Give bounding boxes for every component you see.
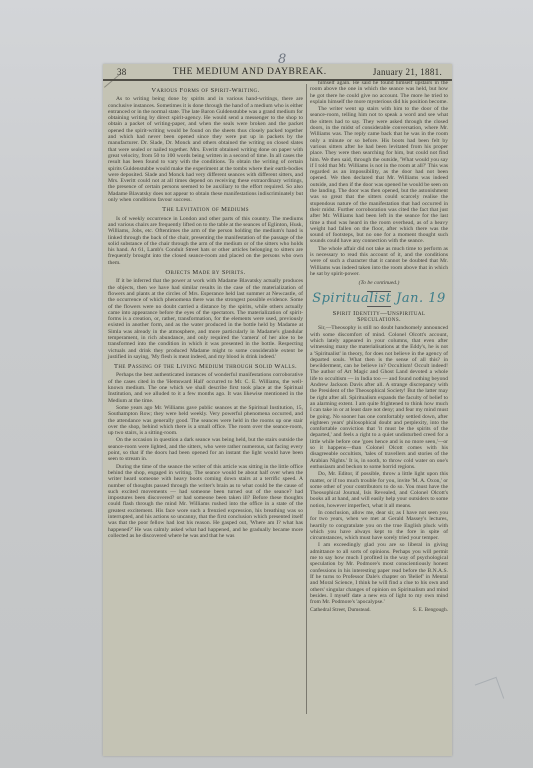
paragraph: Is of weekly occurrence in London and ot… (108, 216, 303, 266)
paragraph: The whole affair did not take as much ti… (310, 246, 448, 277)
newspaper-title: THE MEDIUM AND DAYBREAK. (173, 67, 327, 77)
issue-date: January 21, 1881. (373, 67, 442, 77)
paragraph: During the time of the seance the writer… (108, 464, 303, 540)
page-number: 38 (117, 67, 127, 77)
paragraph: In conclusion, allow me, dear sir, as I … (310, 510, 448, 541)
paragraph: If it be inferred that the power at work… (108, 278, 303, 360)
section-heading: Objects Made by Spirits. (108, 270, 303, 276)
right-column: himself again. He said he found himself … (310, 80, 448, 614)
paragraph: Some years ago Mr. Williams gave public … (108, 405, 303, 436)
section-heading: The Levitation of Mediums (108, 207, 303, 213)
left-column: Various Forms of Spirit-Writing. As to w… (108, 84, 303, 540)
signature-block: Cathedral Street, Dumstead. S. E. Bengou… (310, 607, 448, 613)
paragraph: Perhaps the best authenticated instances… (108, 372, 303, 403)
section-heading: The Passing of the Living Medium through… (108, 364, 303, 370)
masthead: 38 THE MEDIUM AND DAYBREAK. January 21, … (103, 64, 452, 81)
address: Cathedral Street, Dumstead. (310, 607, 371, 613)
paragraph: I am exceedingly glad you are so liberal… (310, 542, 448, 605)
paragraph: Do, Mr. Editor, if possible, throw a lit… (310, 471, 448, 509)
letter-heading: Spirit Identity—Unspiritual Speculations… (310, 311, 448, 324)
paragraph: himself again. He said he found himself … (310, 80, 448, 105)
paragraph: On the occasion in question a dark seanc… (108, 437, 303, 462)
divider (367, 306, 391, 307)
signature: S. E. Bengough. (413, 607, 448, 613)
paragraph: The writer went up stairs with him to th… (310, 106, 448, 245)
paragraph: Sir,—Theosophy is still no doubt handsom… (310, 325, 448, 470)
section-heading: Various Forms of Spirit-Writing. (108, 88, 303, 94)
handwritten-annotation: Spiritualist Jan. 19 (310, 296, 448, 302)
continued-notice: (To be continued.) (310, 280, 448, 286)
column-divider (306, 84, 307, 714)
paragraph: As to writing being done by spirits and … (108, 96, 303, 203)
